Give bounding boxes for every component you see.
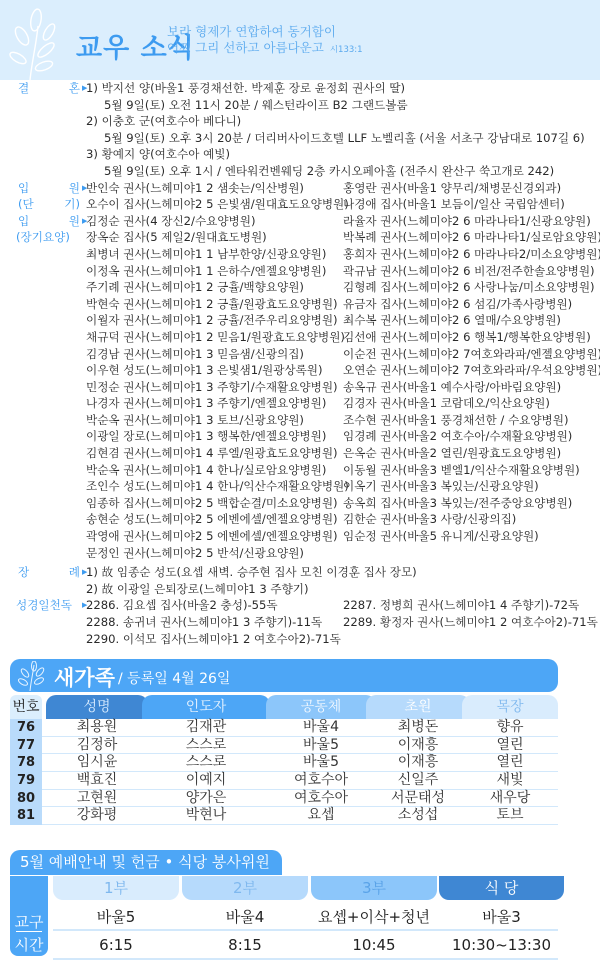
- label-char: 원: [69, 213, 80, 230]
- table-cell: 새우당: [462, 790, 558, 807]
- new-family-table: 76최용원김재관바울4최병돈향유77김정하스스로바울5이재흥열린78임시윤스스로…: [10, 719, 558, 825]
- time-service-2: 8:15: [182, 936, 308, 954]
- patient: 송옥규 권사(바울1 예수사랑/아바림요양원): [343, 379, 561, 396]
- patient: 이동월 권사(바울3 벧엘1/익산수재활요양병원): [343, 462, 580, 479]
- list-row: 박순옥 권사(느헤미야1 4 한나/실로암요양병원)이동월 권사(바울3 벧엘1…: [86, 462, 600, 479]
- list-row: 이우현 성도(느헤미야1 3 은빛샘1/원광상록원)오연순 권사(느헤미야2 7…: [86, 362, 600, 379]
- label-char: 혼: [69, 80, 80, 97]
- row-number: 80: [10, 790, 42, 808]
- time-cafeteria: 10:30~13:30: [439, 936, 564, 954]
- table-cell: 향유: [462, 719, 558, 736]
- verse-line-2: 어찌 그리 선하고 아름다운고: [167, 40, 324, 55]
- divider: [53, 958, 558, 960]
- funeral-item: 2) 故 이광일 은퇴장로(느헤미야1 3 주향기): [86, 581, 600, 598]
- triangle-right-icon: ▶: [82, 180, 87, 197]
- table-cell: 박현나: [142, 807, 270, 824]
- patient: 박복례 권사(느헤미야2 6 마라나타1/실로암요양원): [343, 229, 600, 246]
- column-service-1: 1부: [53, 876, 179, 900]
- row-label-district: 교구: [10, 911, 48, 932]
- label-char: 입: [18, 180, 29, 197]
- triangle-right-icon: ▶: [82, 597, 87, 614]
- list-row: 오수이 집사(느헤미야2 5 은빛샘/원대효도요양병원)나경애 집사(바울1 보…: [86, 196, 600, 213]
- table-cell: 강화평: [46, 807, 148, 824]
- table-cell: 최용원: [46, 719, 148, 736]
- wedding-detail: 5월 9일(토) 오후 1시 / 엔타워컨벤웨딩 2층 카시오페아홀 (전주시 …: [86, 163, 600, 180]
- patient: 오연순 권사(느헤미야2 7여호와라파/우석요양병원): [343, 362, 600, 379]
- wedding-label: 결혼 ▶: [0, 80, 86, 180]
- patient: 조수현 권사(바울1 풍경채선한 / 수요양병원): [343, 412, 568, 429]
- table-row: 77김정하스스로바울5이재흥열린: [10, 737, 558, 755]
- patient: 이정옥 권사(느헤미야1 1 은하수/엔젤요양병원): [86, 263, 343, 280]
- label-char: (단: [18, 196, 34, 213]
- table-cell: 바울4: [266, 719, 376, 736]
- row-label-time: 시간: [10, 934, 48, 955]
- label-sub: (장기요양): [16, 229, 86, 246]
- table-cell: 스스로: [142, 737, 270, 754]
- wedding-detail: 5월 9일(토) 오후 3시 20분 / 더리버사이드호텔 LLF 노벨리홀 (…: [86, 130, 600, 147]
- table-cell: 김재관: [142, 719, 270, 736]
- leaf-sprig-icon: [16, 661, 46, 691]
- patient: 이월자 권사(느헤미야1 2 긍휼/전주우리요양병원): [86, 312, 343, 329]
- list-row: 반인숙 권사(느헤미야1 2 샘솟는/익산병원)홍영란 권사(바울1 양무리/채…: [86, 180, 600, 197]
- church-news: 결혼 ▶ 1) 박지선 양(바울1 풍경채선한. 박제훈 장로 윤정회 권사의 …: [0, 80, 600, 647]
- list-row: 박현숙 권사(느헤미야1 2 긍휼/원광효도요양병원)유금자 집사(느헤미야2 …: [86, 296, 600, 313]
- patient: 채규덕 권사(느헤미야1 2 믿음1/원광효도요양병원): [86, 329, 343, 346]
- list-row: 이광일 장로(느헤미야1 3 행복한/엔젤요양병원)임경례 권사(바울2 여호수…: [86, 428, 600, 445]
- list-row: 이정옥 권사(느헤미야1 1 은하수/엔젤요양병원)곽규남 권사(느헤미야2 6…: [86, 263, 600, 280]
- patient: 최병녀 권사(느헤미야1 1 남부한양/신광요양원): [86, 246, 343, 263]
- table-cell: 신일주: [366, 772, 470, 789]
- list-row: 2290. 이석모 집사(느헤미야1 2 여호수아2)-71독: [86, 631, 600, 648]
- label-text: 성경일천독: [16, 598, 72, 612]
- worship-header: 5월 예배안내 및 헌금 • 식당 봉사위원: [10, 850, 282, 875]
- label-char: 결: [18, 80, 29, 97]
- patient: 유금자 집사(느헤미야2 6 섬김/가족사랑병원): [343, 296, 572, 313]
- list-row: 2286. 김요셉 집사(바울2 충성)-55독2287. 정병희 권사(느헤미…: [86, 597, 600, 614]
- time-service-3: 10:45: [311, 936, 437, 954]
- reader: 2287. 정병희 권사(느헤미야1 4 주향기)-72독: [343, 597, 579, 614]
- table-cell: 바울5: [266, 737, 376, 754]
- new-family-column-headers: 성명 인도자 공동체 초원 목장: [10, 695, 558, 719]
- funeral-list: 1) 故 임종순 성도(요셉 새벽. 승주현 집사 모친 이경훈 집사 장모) …: [86, 564, 600, 597]
- table-cell: 최병돈: [366, 719, 470, 736]
- district-service-3: 요셉+이삭+청년: [311, 906, 437, 927]
- hospital-short-label: 입원 (단기) ▶: [0, 180, 86, 213]
- list-row: 김경남 권사(느헤미야1 3 믿음샘/신광의집)이순전 권사(느헤미야2 7여호…: [86, 346, 600, 363]
- patient: 이우현 성도(느헤미야1 3 은빛샘1/원광상록원): [86, 362, 343, 379]
- list-row: 임종하 집사(느헤미야2 5 백합순결/미소요양병원)송옥희 집사(바울3 복있…: [86, 495, 600, 512]
- divider: [16, 931, 42, 932]
- list-row: 민정순 권사(느헤미야1 3 주향기/수재활요양병원)송옥규 권사(바울1 예수…: [86, 379, 600, 396]
- table-cell: 토브: [462, 807, 558, 824]
- list-row: 곽영애 권사(느헤미야2 5 에벤에셀/엔젤요양병원)임순정 권사(바울5 유니…: [86, 528, 600, 545]
- funeral-section: 장례 ▶ 1) 故 임종순 성도(요셉 새벽. 승주현 집사 모친 이경훈 집사…: [0, 564, 600, 597]
- column-header-name: 성명: [46, 695, 148, 719]
- verse-reference: 시133:1: [330, 45, 363, 55]
- list-row: 나경자 권사(느헤미야1 3 주향기/엔젤요양병원)김경자 권사(바울1 코람데…: [86, 395, 600, 412]
- table-cell: 바울5: [266, 754, 376, 771]
- row-number: 81: [10, 807, 42, 825]
- list-row: 박순옥 권사(느헤미야1 3 토브/신광요양원)조수현 권사(바울1 풍경채선한…: [86, 412, 600, 429]
- column-header-cell: 목장: [462, 695, 558, 719]
- bible-reading-list: 2286. 김요셉 집사(바울2 충성)-55독2287. 정병희 권사(느헤미…: [86, 597, 600, 647]
- patient: 홍희자 권사(느헤미야2 6 마라나타2/미소요양병원): [343, 246, 600, 263]
- new-family-subtitle: / 등록일 4월 26일: [118, 668, 230, 688]
- district-cafeteria: 바울3: [439, 906, 564, 927]
- hospital-long-section: 입원 (장기요양) ▶ 김정순 권사(4 장신2/수요양병원)라율자 권사(느헤…: [0, 213, 600, 561]
- list-row: 조인수 성도(느헤미야1 4 한나/익산수재활요양병원)이옥기 권사(바울3 복…: [86, 478, 600, 495]
- patient: 은옥순 권사(바울2 열린/원광효도요양병원): [343, 445, 561, 462]
- label-char: 례: [69, 564, 80, 581]
- list-row: 주기례 권사(느헤미야1 2 긍휼/백향요양원)김형례 집사(느헤미야2 6 사…: [86, 279, 600, 296]
- patient: 김정순 권사(4 장신2/수요양병원): [86, 213, 343, 230]
- table-row: 80고현원양가은여호수아서문태성새우당: [10, 790, 558, 808]
- patient: 이옥기 권사(바울3 복있는/신광요양원): [343, 478, 539, 495]
- column-header-guide: 인도자: [142, 695, 270, 719]
- list-row: 김현겸 권사(느헤미야1 4 루엘/원광효도요양병원)은옥순 권사(바울2 열린…: [86, 445, 600, 462]
- column-cafeteria: 식 당: [439, 876, 564, 900]
- table-cell: 여호수아: [266, 790, 376, 807]
- district-service-2: 바울4: [182, 906, 308, 927]
- patient: 이순전 권사(느헤미야2 7여호와라파/엔젤요양병원): [343, 346, 600, 363]
- list-row: 송현순 성도(느헤미야2 5 에벤에셀/엔젤요양병원)김한순 권사(바울3 사랑…: [86, 511, 600, 528]
- reader: 2289. 황정자 권사(느헤미야1 2 여호수아2)-71독: [343, 614, 598, 631]
- hospital-long-list: 김정순 권사(4 장신2/수요양병원)라율자 권사(느헤미야2 6 마라나타1/…: [86, 213, 600, 561]
- hospital-short-list: 반인숙 권사(느헤미야1 2 샘솟는/익산병원)홍영란 권사(바울1 양무리/채…: [86, 180, 600, 213]
- list-row: 2288. 송귀녀 권사(느헤미야1 3 주향기)-11독2289. 황정자 권…: [86, 614, 600, 631]
- table-cell: 새빛: [462, 772, 558, 789]
- hospital-short-section: 입원 (단기) ▶ 반인숙 권사(느헤미야1 2 샘솟는/익산병원)홍영란 권사…: [0, 180, 600, 213]
- patient: 김선애 권사(느헤미야2 6 행복1/행복한요양병원): [343, 329, 591, 346]
- table-cell: 이재흥: [366, 737, 470, 754]
- divider: [53, 929, 558, 931]
- list-row: 이월자 권사(느헤미야1 2 긍휼/전주우리요양병원)최수복 권사(느헤미야2 …: [86, 312, 600, 329]
- table-cell: 이예지: [142, 772, 270, 789]
- funeral-label: 장례 ▶: [0, 564, 86, 597]
- worship-row-labels: 교구 시간: [10, 876, 48, 956]
- patient: 이광일 장로(느헤미야1 3 행복한/엔젤요양병원): [86, 428, 343, 445]
- label-char: 원: [69, 180, 80, 197]
- table-cell: 열린: [462, 737, 558, 754]
- patient: 나경자 권사(느헤미야1 3 주향기/엔젤요양병원): [86, 395, 343, 412]
- table-cell: 이재흥: [366, 754, 470, 771]
- leaf-branch-icon: [8, 6, 58, 80]
- wedding-section: 결혼 ▶ 1) 박지선 양(바울1 풍경채선한. 박제훈 장로 윤정회 권사의 …: [0, 80, 600, 180]
- patient: 나경애 집사(바울1 보듬이/일산 국립암센터): [343, 196, 565, 213]
- column-service-3: 3부: [311, 876, 437, 900]
- patient: 문정인 권사(느헤미야2 5 반석/신광요양원): [86, 545, 343, 562]
- table-row: 78임시윤스스로바울5이재흥열린: [10, 754, 558, 772]
- table-cell: 열린: [462, 754, 558, 771]
- patient: 김경남 권사(느헤미야1 3 믿음샘/신광의집): [86, 346, 343, 363]
- patient: 임순정 권사(바울5 유니게/신광요양원): [343, 528, 539, 545]
- patient: 박순옥 권사(느헤미야1 3 토브/신광요양원): [86, 412, 343, 429]
- column-header-community: 공동체: [266, 695, 376, 719]
- patient: 장옥순 집사(5 제일2/원대효도병원): [86, 229, 343, 246]
- patient: 오수이 집사(느헤미야2 5 은빛샘/원대효도요양병원): [86, 196, 343, 213]
- patient: 송현순 성도(느헤미야2 5 에벤에셀/엔젤요양병원): [86, 511, 343, 528]
- new-family-title: 새가족: [54, 662, 115, 692]
- table-cell: 김정하: [46, 737, 148, 754]
- row-number: 77: [10, 737, 42, 755]
- bible-reading-section: 성경일천독 ▶ 2286. 김요셉 집사(바울2 충성)-55독2287. 정병…: [0, 597, 600, 647]
- patient: 주기례 권사(느헤미야1 2 긍휼/백향요양원): [86, 279, 343, 296]
- wedding-item: 3) 황예지 양(여호수아 예빛): [86, 146, 600, 163]
- table-cell: 서문태성: [366, 790, 470, 807]
- hospital-long-label: 입원 (장기요양) ▶: [0, 213, 86, 561]
- column-service-2: 2부: [182, 876, 308, 900]
- new-family-header: 새가족 / 등록일 4월 26일: [10, 659, 558, 692]
- patient: 홍영란 권사(바울1 양무리/채병문신경외과): [343, 180, 561, 197]
- table-row: 81강화평박현나요셉소성섭토브: [10, 807, 558, 825]
- table-cell: 고현원: [46, 790, 148, 807]
- patient: 곽영애 권사(느헤미야2 5 에벤에셀/엔젤요양병원): [86, 528, 343, 545]
- patient: 김경자 권사(바울1 코람데오/익산요양원): [343, 395, 550, 412]
- bible-reading-label: 성경일천독 ▶: [0, 597, 86, 647]
- page-header: 교우 소식 보라 형제가 연합하여 동거함이 어찌 그리 선하고 아름다운고시1…: [0, 0, 600, 80]
- patient: 박순옥 권사(느헤미야1 4 한나/실로암요양병원): [86, 462, 343, 479]
- patient: 김한순 권사(바울3 사랑/신광의집): [343, 511, 516, 528]
- table-cell: 스스로: [142, 754, 270, 771]
- patient: 김형례 집사(느헤미야2 6 사랑나눔/미소요양병원): [343, 279, 595, 296]
- label-char: 장: [18, 564, 29, 581]
- list-row: 채규덕 권사(느헤미야1 2 믿음1/원광효도요양병원)김선애 권사(느헤미야2…: [86, 329, 600, 346]
- list-row: 문정인 권사(느헤미야2 5 반석/신광요양원): [86, 545, 600, 562]
- label-char: 기): [64, 196, 80, 213]
- time-service-1: 6:15: [53, 936, 179, 954]
- reader: 2290. 이석모 집사(느헤미야1 2 여호수아2)-71독: [86, 631, 343, 648]
- patient: 임종하 집사(느헤미야2 5 백합순결/미소요양병원): [86, 495, 343, 512]
- funeral-item: 1) 故 임종순 성도(요셉 새벽. 승주현 집사 모친 이경훈 집사 장모): [86, 564, 600, 581]
- column-header-grassland: 초원: [366, 695, 470, 719]
- list-row: 장옥순 집사(5 제일2/원대효도병원)박복례 권사(느헤미야2 6 마라나타1…: [86, 229, 600, 246]
- patient: 민정순 권사(느헤미야1 3 주향기/수재활요양병원): [86, 379, 343, 396]
- table-row: 79백효진이예지여호수아신일주새빛: [10, 772, 558, 790]
- row-number: 76: [10, 719, 42, 737]
- wedding-detail: 5월 9일(토) 오전 11시 20분 / 웨스턴라이프 B2 그랜드볼룸: [86, 97, 600, 114]
- patient: 조인수 성도(느헤미야1 4 한나/익산수재활요양병원): [86, 478, 343, 495]
- table-cell: 임시윤: [46, 754, 148, 771]
- reader: 2286. 김요셉 집사(바울2 충성)-55독: [86, 597, 343, 614]
- patient: 박현숙 권사(느헤미야1 2 긍휼/원광효도요양병원): [86, 296, 343, 313]
- label-char: 입: [18, 213, 29, 230]
- reader: 2288. 송귀녀 권사(느헤미야1 3 주향기)-11독: [86, 614, 343, 631]
- wedding-item: 2) 이충호 군(여호수아 베다니): [86, 113, 600, 130]
- patient: 곽규남 권사(느헤미야2 6 비전/전주한솔요양병원): [343, 263, 595, 280]
- patient: 라율자 권사(느헤미야2 6 마라나타1/신광요양원): [343, 213, 591, 230]
- table-cell: 백효진: [46, 772, 148, 789]
- patient: 임경례 권사(바울2 여호수아/수재활요양병원): [343, 428, 572, 445]
- table-cell: 요셉: [266, 807, 376, 824]
- triangle-right-icon: ▶: [82, 80, 87, 97]
- patient: 김현겸 권사(느헤미야1 4 루엘/원광효도요양병원): [86, 445, 343, 462]
- list-row: 김정순 권사(4 장신2/수요양병원)라율자 권사(느헤미야2 6 마라나타1/…: [86, 213, 600, 230]
- row-number: 78: [10, 754, 42, 772]
- triangle-right-icon: ▶: [82, 564, 87, 581]
- table-cell: 여호수아: [266, 772, 376, 789]
- patient: 송옥희 집사(바울3 복있는/전주중앙요양병원): [343, 495, 572, 512]
- bible-verse: 보라 형제가 연합하여 동거함이 어찌 그리 선하고 아름다운고시133:1: [167, 24, 363, 58]
- table-row: 76최용원김재관바울4최병돈향유: [10, 719, 558, 737]
- patient: 반인숙 권사(느헤미야1 2 샘솟는/익산병원): [86, 180, 343, 197]
- patient: 최수복 권사(느헤미야2 6 열매/수요양병원): [343, 312, 561, 329]
- triangle-right-icon: ▶: [82, 213, 87, 230]
- list-row: 최병녀 권사(느헤미야1 1 남부한양/신광요양원)홍희자 권사(느헤미야2 6…: [86, 246, 600, 263]
- wedding-item: 1) 박지선 양(바울1 풍경채선한. 박제훈 장로 윤정회 권사의 딸): [86, 80, 600, 97]
- district-service-1: 바울5: [53, 906, 179, 927]
- row-number: 79: [10, 772, 42, 790]
- wedding-list: 1) 박지선 양(바울1 풍경채선한. 박제훈 장로 윤정회 권사의 딸) 5월…: [86, 80, 600, 180]
- table-cell: 양가은: [142, 790, 270, 807]
- table-cell: 소성섭: [366, 807, 470, 824]
- verse-line-1: 보라 형제가 연합하여 동거함이: [167, 24, 363, 40]
